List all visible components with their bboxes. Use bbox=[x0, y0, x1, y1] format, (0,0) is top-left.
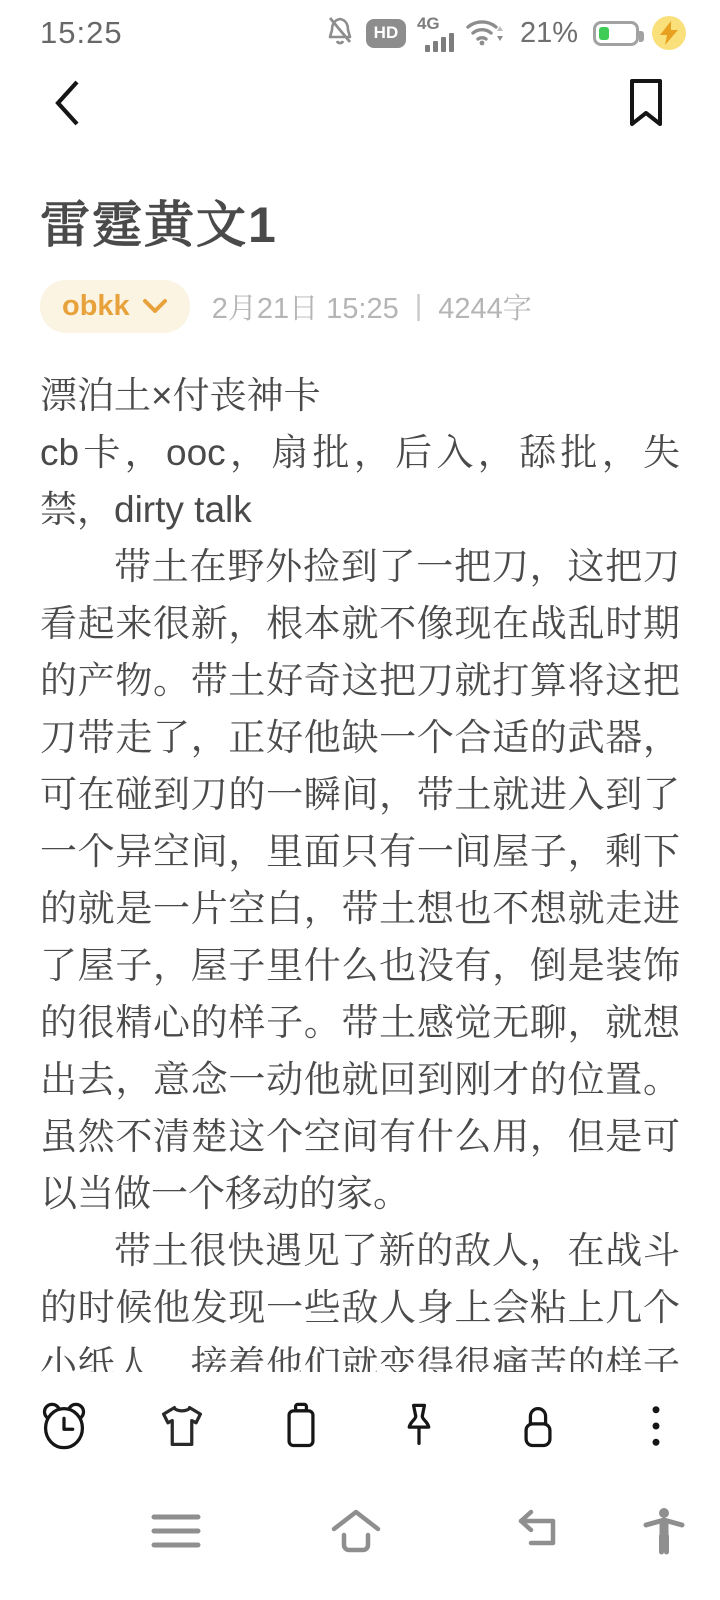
pin-button[interactable] bbox=[393, 1401, 445, 1453]
battery-icon bbox=[593, 21, 639, 46]
top-nav bbox=[0, 66, 720, 142]
recents-icon bbox=[150, 1509, 202, 1556]
shirt-icon bbox=[156, 1400, 208, 1455]
bookmark-button[interactable] bbox=[626, 77, 666, 132]
note-title: 雷霆黄文1 bbox=[40, 194, 680, 256]
status-icons: HD 4G 21% bbox=[325, 15, 686, 52]
recents-button[interactable] bbox=[148, 1504, 204, 1560]
delete-button[interactable] bbox=[275, 1401, 327, 1453]
author-selector[interactable]: obkk bbox=[40, 280, 190, 333]
note-word-count: 4244字 bbox=[438, 286, 532, 327]
trash-icon bbox=[275, 1400, 327, 1455]
accessibility-button[interactable] bbox=[636, 1504, 692, 1560]
note-date: 2月21日 15:25 bbox=[212, 286, 399, 327]
back-chevron-icon bbox=[52, 78, 82, 131]
note-body: 漂泊土×付丧神卡 cb卡，ooc，扇批，后入，舔批，失禁，dirty talk … bbox=[40, 367, 680, 1372]
note-meta-info: 2月21日 15:25 | 4244字 bbox=[212, 286, 532, 327]
note-paragraph: cb卡，ooc，扇批，后入，舔批，失禁，dirty talk bbox=[40, 424, 680, 538]
skin-button[interactable] bbox=[156, 1401, 208, 1453]
home-icon bbox=[328, 1507, 384, 1558]
charging-bolt-icon bbox=[652, 16, 686, 50]
note-content[interactable]: 雷霆黄文1 obkk 2月21日 15:25 | 4244字 漂泊土×付丧神卡 … bbox=[40, 168, 680, 1372]
back-icon bbox=[515, 1509, 565, 1556]
signal-bars: 4G bbox=[417, 15, 454, 52]
bell-muted-icon bbox=[325, 15, 355, 52]
note-paragraph: 带土很快遇见了新的敌人，在战斗的时候他发现一些敌人身上会粘上几个小纸人，接着他们… bbox=[40, 1222, 680, 1372]
chevron-down-icon bbox=[142, 290, 168, 323]
hd-badge: HD bbox=[366, 19, 406, 48]
pin-icon bbox=[393, 1400, 445, 1455]
meta-divider: | bbox=[415, 290, 423, 323]
status-bar: 15:25 HD 4G bbox=[0, 0, 720, 58]
bookmark-icon bbox=[626, 77, 666, 132]
lock-button[interactable] bbox=[512, 1401, 564, 1453]
note-paragraph: 漂泊土×付丧神卡 bbox=[40, 367, 680, 424]
lock-icon bbox=[512, 1400, 564, 1455]
author-name: obkk bbox=[62, 290, 130, 323]
reminder-button[interactable] bbox=[38, 1401, 90, 1453]
system-navbar bbox=[0, 1482, 720, 1600]
battery-fill bbox=[599, 27, 609, 40]
home-button[interactable] bbox=[328, 1504, 384, 1560]
back-button[interactable] bbox=[52, 78, 82, 131]
more-vertical-icon bbox=[630, 1400, 682, 1455]
bottom-toolbar bbox=[0, 1372, 720, 1482]
note-paragraph: 带土在野外捡到了一把刀，这把刀看起来很新，根本就不像现在战乱时期的产物。带土好奇… bbox=[40, 538, 680, 1222]
alarm-icon bbox=[38, 1400, 90, 1455]
wifi-icon bbox=[465, 16, 505, 51]
note-meta: obkk 2月21日 15:25 | 4244字 bbox=[40, 280, 680, 333]
status-time: 15:25 bbox=[40, 15, 123, 51]
back-nav-button[interactable] bbox=[512, 1504, 568, 1560]
phone-screen: 15:25 HD 4G bbox=[0, 0, 720, 1600]
accessibility-icon bbox=[640, 1506, 688, 1559]
more-button[interactable] bbox=[630, 1401, 682, 1453]
battery-percent: 21% bbox=[520, 17, 578, 50]
